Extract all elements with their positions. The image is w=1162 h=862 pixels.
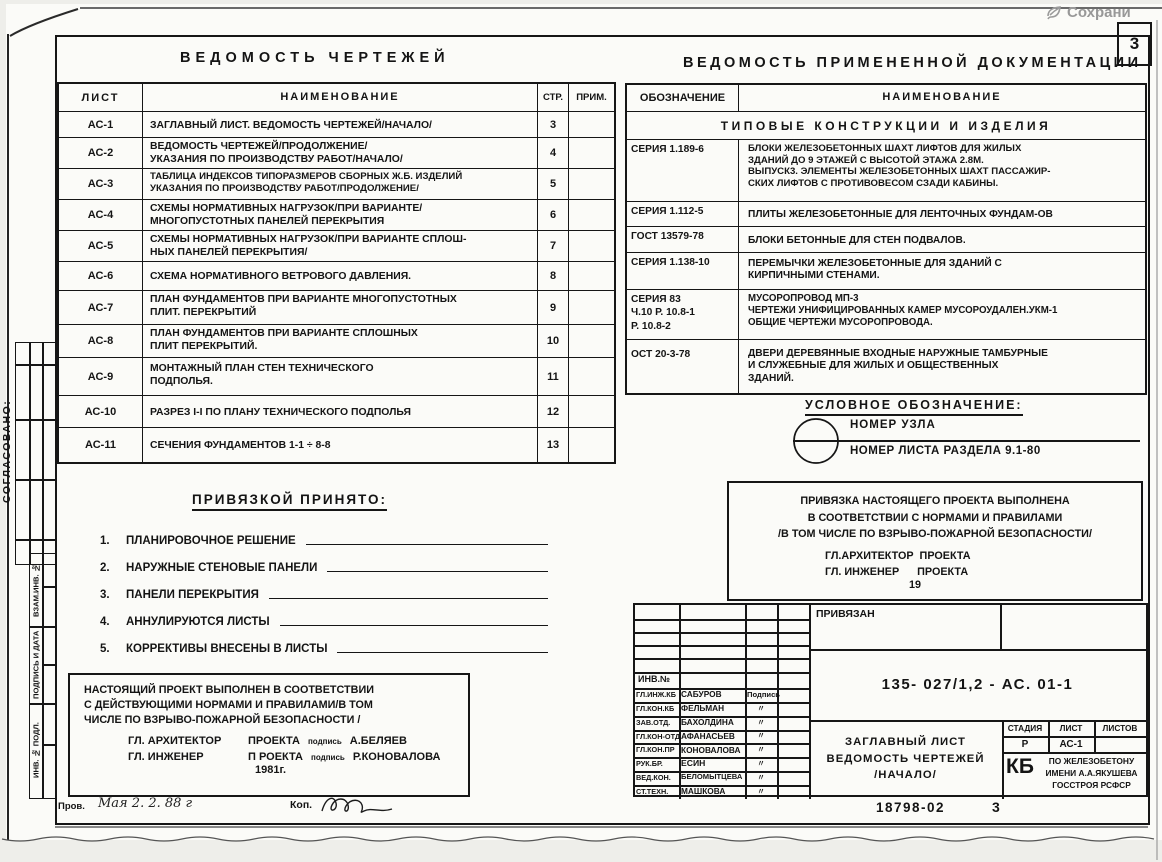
drawing-name: МОНТАЖНЫЙ ПЛАН СТЕН ТЕХНИЧЕСКОГО ПОДПОЛЬ… (143, 358, 538, 395)
stamp-privyazan: ПРИВЯЗАН (816, 608, 875, 620)
page-num: 9 (538, 291, 569, 324)
sheet-id: АС-5 (59, 231, 143, 261)
col-code: ОБОЗНАЧЕНИЕ (627, 85, 739, 111)
page-num: 10 (538, 325, 569, 357)
table-row: СЕРИЯ 1.189-6 БЛОКИ ЖЕЛЕЗОБЕТОННЫХ ШАХТ … (627, 140, 1145, 202)
stamp-title: ЗАГЛАВНЫЙ ЛИСТ ВЕДОМОСТЬ ЧЕРТЕЖЕЙ /НАЧАЛ… (809, 723, 1002, 795)
signer-sig: 〃 (757, 717, 765, 728)
sheet-col: ЛИСТ (1048, 721, 1094, 735)
drawing-name: ПЛАН ФУНДАМЕНТОВ ПРИ ВАРИАНТЕ СПЛОШНЫХ П… (143, 325, 538, 357)
table-row: ОСТ 20-3-78 ДВЕРИ ДЕРЕВЯННЫЕ ВХОДНЫЕ НАР… (627, 340, 1145, 393)
page-num: 8 (538, 262, 569, 290)
proj-word: П РОЕКТА (248, 751, 303, 763)
sheet-id: АС-10 (59, 396, 143, 427)
org-abbr: КБ (1006, 755, 1034, 779)
signer-name: А.БЕЛЯЕВ (350, 735, 407, 747)
accepted-title: ПРИВЯЗКОЙ ПРИНЯТО: (192, 492, 387, 511)
item-num: 5. (100, 643, 126, 655)
doc-code: ГОСТ 13579-78 (627, 227, 739, 252)
role: ГЛ. АРХИТЕКТОР (128, 735, 240, 747)
signer-sig: 〃 (757, 772, 765, 783)
binding-year-prefix: 19 (909, 579, 1141, 591)
title-stamp: ИНВ.№ ГЛ.ИНЖ.КБ САБУРОВ Подпись ГЛ.КОН.К… (633, 603, 1148, 797)
drawing-name: ВЕДОМОСТЬ ЧЕРТЕЖЕЙ/ПРОДОЛЖЕНИЕ/ УКАЗАНИЯ… (143, 138, 538, 168)
signer-sig: 〃 (757, 703, 765, 714)
sheet-id: АС-7 (59, 291, 143, 324)
drawing-name: ТАБЛИЦА ИНДЕКСОВ ТИПОРАЗМЕРОВ СБОРНЫХ Ж.… (143, 169, 538, 199)
doc-code: СЕРИЯ 83 Ч.10 Р. 10.8-1 Р. 10.8-2 (627, 290, 739, 339)
blank-line (306, 544, 548, 545)
docs-title: ВЕДОМОСТЬ ПРИМЕНЕННОЙ ДОКУМЕНТАЦИИ (683, 55, 1142, 71)
drawings-header-row: ЛИСТ НАИМЕНОВАНИЕ СТР. ПРИМ. (59, 84, 614, 112)
signer-role: ГЛ.КОН.ПР (636, 745, 675, 754)
col-page: СТР. (538, 84, 569, 111)
table-row: АС-1 ЗАГЛАВНЫЙ ЛИСТ. ВЕДОМОСТЬ ЧЕРТЕЖЕЙ/… (59, 112, 614, 138)
drawing-name: РАЗРЕЗ I-I ПО ПЛАНУ ТЕХНИЧЕСКОГО ПОДПОЛЬ… (143, 396, 538, 427)
legend-line (793, 440, 1140, 442)
col-name: НАИМЕНОВАНИЕ (739, 85, 1145, 111)
kop-label: Коп. (290, 799, 312, 811)
doc-name: МУСОРОПРОВОД МП-3 ЧЕРТЕЖИ УНИФИЦИРОВАННЫ… (739, 290, 1145, 339)
blank-line (269, 598, 548, 599)
role: ГЛ. ИНЖЕНЕР (128, 751, 240, 763)
blank-line (327, 571, 548, 572)
sheet-id: АС-3 (59, 169, 143, 199)
item-label: ПАНЕЛИ ПЕРЕКРЫТИЯ (126, 589, 259, 601)
item-num: 2. (100, 562, 126, 574)
page-num: 5 (538, 169, 569, 199)
item-num: 1. (100, 535, 126, 547)
binding-note-box: ПРИВЯЗКА НАСТОЯЩЕГО ПРОЕКТА ВЫПОЛНЕНА В … (727, 481, 1143, 601)
drawing-name: СХЕМЫ НОРМАТИВНЫХ НАГРУЗОК/ПРИ ВАРИАНТЕ … (143, 231, 538, 261)
binding-role-architect: ГЛ.АРХИТЕКТОР ПРОЕКТА (825, 550, 1141, 562)
soglasovano-label: СОГЛАСОВАНО: (0, 337, 14, 565)
signer-sig: 〃 (757, 786, 765, 797)
doc-code: ОСТ 20-3-78 (627, 340, 739, 393)
drawings-table: ЛИСТ НАИМЕНОВАНИЕ СТР. ПРИМ. АС-1 ЗАГЛАВ… (57, 82, 616, 464)
item-label: НАРУЖНЫЕ СТЕНОВЫЕ ПАНЕЛИ (126, 562, 317, 574)
table-row: АС-11 СЕЧЕНИЯ ФУНДАМЕНТОВ 1-1 ÷ 8-8 13 (59, 428, 614, 462)
doc-code: СЕРИЯ 1.189-6 (627, 140, 739, 201)
signer-name: КОНОВАЛОВА (681, 745, 740, 755)
table-row: АС-10 РАЗРЕЗ I-I ПО ПЛАНУ ТЕХНИЧЕСКОГО П… (59, 396, 614, 428)
sheet-id: АС-11 (59, 428, 143, 462)
signature-row: ГЛ. АРХИТЕКТОР ПРОЕКТА подпись А.БЕЛЯЕВ (128, 735, 468, 747)
doc-code: СЕРИЯ 1.138-10 (627, 253, 739, 289)
statement-text: НАСТОЯЩИЙ ПРОЕКТ ВЫПОЛНЕН В СООТВЕТСТВИИ… (84, 683, 468, 728)
docs-table: ОБОЗНАЧЕНИЕ НАИМЕНОВАНИЕ ТИПОВЫЕ КОНСТРУ… (625, 83, 1147, 395)
blank-line (337, 652, 548, 653)
stamp-doc-number: 135- 027/1,2 - АС. 01-1 (809, 651, 1146, 717)
statement-year: 1981г. (255, 764, 468, 776)
table-row: СЕРИЯ 1.112-5 ПЛИТЫ ЖЕЛЕЗОБЕТОННЫЕ ДЛЯ Л… (627, 202, 1145, 227)
doc-code: СЕРИЯ 1.112-5 (627, 202, 739, 226)
doc-name: БЛОКИ ЖЕЛЕЗОБЕТОННЫХ ШАХТ ЛИФТОВ ДЛЯ ЖИЛ… (739, 140, 1145, 201)
page-num: 11 (538, 358, 569, 395)
signer-name: ЕСИН (681, 758, 705, 768)
sheets-col: ЛИСТОВ (1094, 721, 1146, 735)
drawing-name: СХЕМА НОРМАТИВНОГО ВЕТРОВОГО ДАВЛЕНИЯ. (143, 262, 538, 290)
table-row: АС-6 СХЕМА НОРМАТИВНОГО ВЕТРОВОГО ДАВЛЕН… (59, 262, 614, 291)
signer-role: ВЕД.КОН. (636, 773, 671, 782)
stage-col: СТАДИЯ (1002, 721, 1048, 735)
doc-name: ПЕРЕМЫЧКИ ЖЕЛЕЗОБЕТОННЫЕ ДЛЯ ЗДАНИЙ С КИ… (739, 253, 1145, 289)
footer-sheet: 3 (992, 799, 1000, 815)
col-note: ПРИМ. (569, 84, 614, 111)
signer-name: БЕЛОМЫТЦЕВА (681, 772, 742, 781)
legend-sheet-label: НОМЕР ЛИСТА РАЗДЕЛА 9.1-80 (850, 445, 1041, 457)
prov-label: Пров. (58, 801, 85, 812)
item-label: АННУЛИРУЮТСЯ ЛИСТЫ (126, 616, 270, 628)
drawing-name: СЕЧЕНИЯ ФУНДАМЕНТОВ 1-1 ÷ 8-8 (143, 428, 538, 462)
org-name: ПО ЖЕЛЕЗОБЕТОНУ ИМЕНИ А.А.ЯКУШЕВА ГОССТР… (1037, 755, 1146, 792)
signer-sig: 〃 (757, 730, 765, 741)
sheet-id: АС-6 (59, 262, 143, 290)
signature-row: ГЛ. ИНЖЕНЕР П РОЕКТА подпись Р.КОНОВАЛОВ… (128, 751, 468, 763)
sheet-id: АС-9 (59, 358, 143, 395)
drawing-name: ПЛАН ФУНДАМЕНТОВ ПРИ ВАРИАНТЕ МНОГОПУСТО… (143, 291, 538, 324)
signer-name: ФЕЛЬМАН (681, 703, 724, 713)
margin-grid (15, 342, 57, 565)
signer-name: САБУРОВ (681, 689, 722, 699)
table-row: СЕРИЯ 83 Ч.10 Р. 10.8-1 Р. 10.8-2 МУСОРО… (627, 290, 1145, 340)
item-label: КОРРЕКТИВЫ ВНЕСЕНЫ В ЛИСТЫ (126, 643, 327, 655)
sheets-val (1094, 737, 1146, 751)
proj-word: ПРОЕКТА (248, 735, 300, 747)
page-num: 6 (538, 200, 569, 230)
signer-name: БАХОЛДИНА (681, 717, 734, 727)
prov-handwriting: Мая 2. 2. 88 г (98, 796, 192, 811)
docs-header-row: ОБОЗНАЧЕНИЕ НАИМЕНОВАНИЕ (627, 85, 1145, 112)
sheet-id: АС-4 (59, 200, 143, 230)
stamp-inv-label: ИНВ.№ (638, 674, 670, 684)
sheet-id: АС-2 (59, 138, 143, 168)
item-num: 3. (100, 589, 126, 601)
inv-podl-label: ИНВ. № ПОДЛ. (30, 703, 42, 798)
page-num: 7 (538, 231, 569, 261)
doc-name: ДВЕРИ ДЕРЕВЯННЫЕ ВХОДНЫЕ НАРУЖНЫЕ ТАМБУР… (739, 340, 1145, 393)
signer-name: МАШКОВА (681, 786, 725, 796)
list-item: 2. НАРУЖНЫЕ СТЕНОВЫЕ ПАНЕЛИ (100, 547, 548, 574)
signer-sig: Подпись (747, 690, 780, 699)
signer-role: ЗАВ.ОТД. (636, 718, 670, 727)
table-row: АС-4 СХЕМЫ НОРМАТИВНЫХ НАГРУЗОК/ПРИ ВАРИ… (59, 200, 614, 231)
signer-name: АФАНАСЬЕВ (681, 731, 735, 741)
sheet-id: АС-8 (59, 325, 143, 357)
sheet-id: АС-1 (59, 112, 143, 137)
sig-word: подпись (308, 737, 342, 746)
legend-title: УСЛОВНОЕ ОБОЗНАЧЕНИЕ: (805, 398, 1023, 416)
binding-note-text: ПРИВЯЗКА НАСТОЯЩЕГО ПРОЕКТА ВЫПОЛНЕНА В … (729, 493, 1141, 543)
footer-code: 18798-02 (876, 800, 945, 815)
doc-name: БЛОКИ БЕТОННЫЕ ДЛЯ СТЕН ПОДВАЛОВ. (739, 227, 1145, 252)
table-row: АС-3 ТАБЛИЦА ИНДЕКСОВ ТИПОРАЗМЕРОВ СБОРН… (59, 169, 614, 200)
signer-role: ГЛ.КОН.КБ (636, 704, 674, 713)
vzam-inv-label: ВЗАМ.ИНВ. № (30, 554, 42, 626)
list-item: 1. ПЛАНИРОВОЧНОЕ РЕШЕНИЕ (100, 520, 548, 547)
stage-val: Р (1002, 737, 1048, 751)
page-num: 3 (538, 112, 569, 137)
col-sheet: ЛИСТ (59, 84, 143, 111)
docs-subheader: ТИПОВЫЕ КОНСТРУКЦИИ И ИЗДЕЛИЯ (627, 112, 1145, 139)
table-row: АС-2 ВЕДОМОСТЬ ЧЕРТЕЖЕЙ/ПРОДОЛЖЕНИЕ/ УКА… (59, 138, 614, 169)
sig-word: подпись (311, 753, 345, 762)
signer-role: СТ.ТЕХН. (636, 787, 668, 796)
drawings-title: ВЕДОМОСТЬ ЧЕРТЕЖЕЙ (180, 50, 450, 66)
page-num: 12 (538, 396, 569, 427)
binding-role-engineer: ГЛ. ИНЖЕНЕР ПРОЕКТА (825, 566, 1141, 578)
kop-signature (318, 793, 398, 819)
table-row: АС-8 ПЛАН ФУНДАМЕНТОВ ПРИ ВАРИАНТЕ СПЛОШ… (59, 325, 614, 358)
list-item: 5. КОРРЕКТИВЫ ВНЕСЕНЫ В ЛИСТЫ (100, 628, 548, 655)
table-row: АС-9 МОНТАЖНЫЙ ПЛАН СТЕН ТЕХНИЧЕСКОГО ПО… (59, 358, 614, 396)
signer-role: РУК.БР. (636, 759, 663, 768)
list-item: 3. ПАНЕЛИ ПЕРЕКРЫТИЯ (100, 574, 548, 601)
node-circle-icon (791, 417, 841, 467)
leaf-icon (1046, 4, 1063, 21)
signer-name: Р.КОНОВАЛОВА (353, 751, 441, 763)
sheet-val: АС-1 (1048, 737, 1094, 751)
watermark: Сохрани (1046, 2, 1162, 22)
drawing-name: СХЕМЫ НОРМАТИВНЫХ НАГРУЗОК/ПРИ ВАРИАНТЕ/… (143, 200, 538, 230)
page-num: 13 (538, 428, 569, 462)
item-label: ПЛАНИРОВОЧНОЕ РЕШЕНИЕ (126, 535, 296, 547)
podpis-data-label: ПОДПИСЬ И ДАТА (30, 626, 42, 703)
table-row: АС-5 СХЕМЫ НОРМАТИВНЫХ НАГРУЗОК/ПРИ ВАРИ… (59, 231, 614, 262)
docs-subheader-row: ТИПОВЫЕ КОНСТРУКЦИИ И ИЗДЕЛИЯ (627, 112, 1145, 140)
margin-strip: ВЗАМ.ИНВ. № ПОДПИСЬ И ДАТА ИНВ. № ПОДЛ. (29, 553, 57, 799)
legend-node-label: НОМЕР УЗЛА (850, 419, 936, 431)
col-name: НАИМЕНОВАНИЕ (143, 84, 538, 111)
doc-name: ПЛИТЫ ЖЕЛЕЗОБЕТОННЫЕ ДЛЯ ЛЕНТОЧНЫХ ФУНДА… (739, 202, 1145, 226)
statement-box: НАСТОЯЩИЙ ПРОЕКТ ВЫПОЛНЕН В СООТВЕТСТВИИ… (68, 673, 470, 797)
drawing-name: ЗАГЛАВНЫЙ ЛИСТ. ВЕДОМОСТЬ ЧЕРТЕЖЕЙ/НАЧАЛ… (143, 112, 538, 137)
table-row: АС-7 ПЛАН ФУНДАМЕНТОВ ПРИ ВАРИАНТЕ МНОГО… (59, 291, 614, 325)
table-row: ГОСТ 13579-78 БЛОКИ БЕТОННЫЕ ДЛЯ СТЕН ПО… (627, 227, 1145, 253)
signer-role: ГЛ.КОН-ОТД (636, 732, 680, 741)
watermark-label: Сохрани (1067, 4, 1131, 21)
signer-sig: 〃 (757, 758, 765, 769)
table-row: СЕРИЯ 1.138-10 ПЕРЕМЫЧКИ ЖЕЛЕЗОБЕТОННЫЕ … (627, 253, 1145, 290)
signer-role: ГЛ.ИНЖ.КБ (636, 690, 676, 699)
list-item: 4. АННУЛИРУЮТСЯ ЛИСТЫ (100, 601, 548, 628)
blank-line (280, 625, 548, 626)
page-num: 4 (538, 138, 569, 168)
item-num: 4. (100, 616, 126, 628)
signer-sig: 〃 (757, 744, 765, 755)
accepted-list: 1. ПЛАНИРОВОЧНОЕ РЕШЕНИЕ 2. НАРУЖНЫЕ СТЕ… (100, 520, 548, 655)
